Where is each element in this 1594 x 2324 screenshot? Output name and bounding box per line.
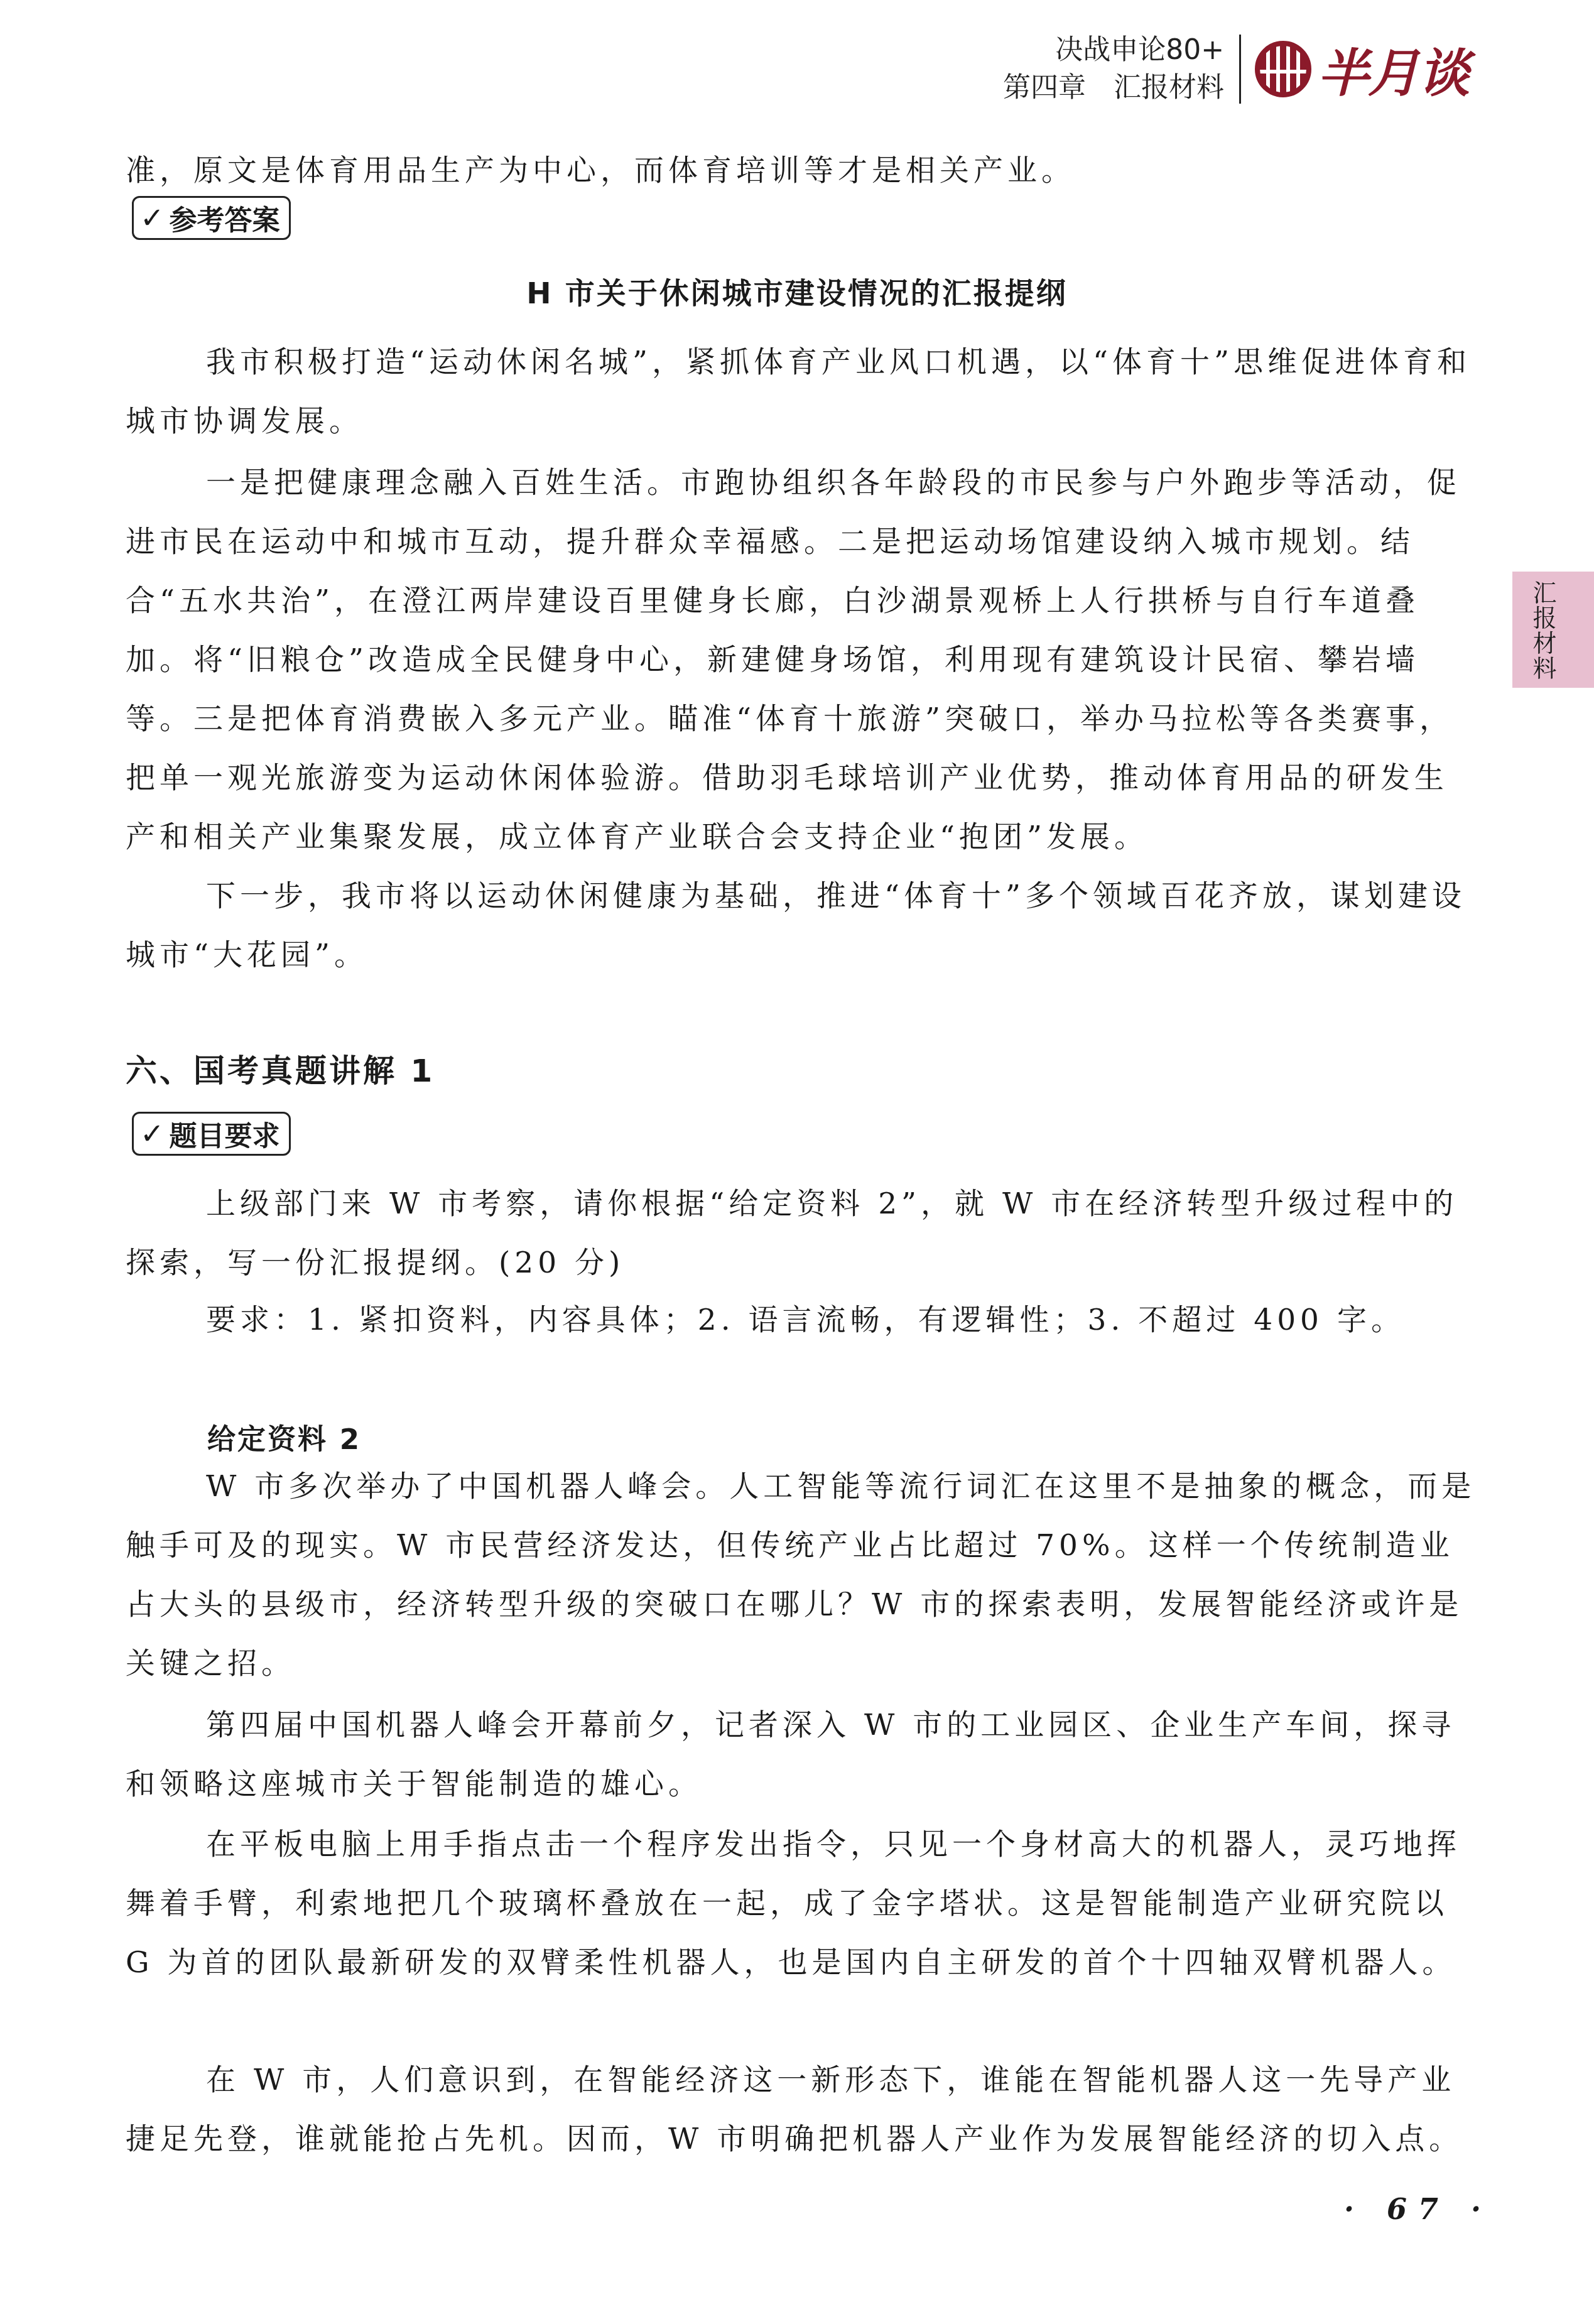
question-tag-label: 题目要求 xyxy=(170,1114,280,1154)
globe-icon xyxy=(1255,41,1311,97)
header-divider xyxy=(1239,35,1241,104)
side-chapter-tab: 汇报材料 xyxy=(1512,572,1594,688)
logo-text: 半月谈 xyxy=(1318,33,1468,106)
material-paragraph-4: 在 W 市，人们意识到，在智能经济这一新形态下，谁能在智能机器人这一先导产业捷足… xyxy=(126,2051,1476,2169)
check-icon: ✓ xyxy=(140,201,165,235)
material-paragraph-1: W 市多次举办了中国机器人峰会。人工智能等流行词汇在这里不是抽象的概念，而是触手… xyxy=(126,1457,1476,1693)
answer-title: H 市关于休闲城市建设情况的汇报提纲 xyxy=(0,270,1594,312)
answer-tag-label: 参考答案 xyxy=(170,198,280,238)
answer-tag: ✓ 参考答案 xyxy=(132,196,291,240)
header-text: 决战申论80+ 第四章 汇报材料 xyxy=(1003,31,1224,107)
question-requirements: 要求：1. 紧扣资料，内容具体；2. 语言流畅，有逻辑性；3. 不超过 400 … xyxy=(126,1291,1476,1350)
answer-paragraph-2: 一是把健康理念融入百姓生活。市跑协组织各年龄段的市民参与户外跑步等活动，促进市民… xyxy=(126,453,1476,867)
publisher-logo: 半月谈 xyxy=(1255,33,1468,106)
section-heading: 六、国考真题讲解 1 xyxy=(126,1046,435,1091)
answer-paragraph-1: 我市积极打造“运动休闲名城”，紧抓体育产业风口机遇，以“体育十”思维促进体育和城… xyxy=(126,333,1476,451)
material-paragraph-3: 在平板电脑上用手指点击一个程序发出指令，只见一个身材高大的机器人，灵巧地挥舞着手… xyxy=(126,1815,1476,1992)
material-paragraph-2: 第四届中国机器人峰会开幕前夕，记者深入 W 市的工业园区、企业生产车间，探寻和领… xyxy=(126,1696,1476,1814)
check-icon: ✓ xyxy=(140,1117,165,1151)
answer-paragraph-3: 下一步，我市将以运动休闲健康为基础，推进“体育十”多个领域百花齐放，谋划建设城市… xyxy=(126,867,1476,985)
material-heading: 给定资料 2 xyxy=(207,1416,361,1457)
book-title: 决战申论80+ xyxy=(1003,31,1224,69)
question-paragraph: 上级部门来 W 市考察，请你根据“给定资料 2”，就 W 市在经济转型升级过程中… xyxy=(126,1175,1476,1293)
chapter-title: 第四章 汇报材料 xyxy=(1003,69,1224,107)
page-header: 决战申论80+ 第四章 汇报材料 半月谈 xyxy=(1003,31,1468,107)
question-tag: ✓ 题目要求 xyxy=(132,1112,291,1156)
paragraph-continuation: 准，原文是体育用品生产为中心，而体育培训等才是相关产业。 xyxy=(126,141,1476,200)
page-number: · 67 · xyxy=(1344,2192,1492,2226)
side-tab-label: 汇报材料 xyxy=(1530,572,1555,688)
